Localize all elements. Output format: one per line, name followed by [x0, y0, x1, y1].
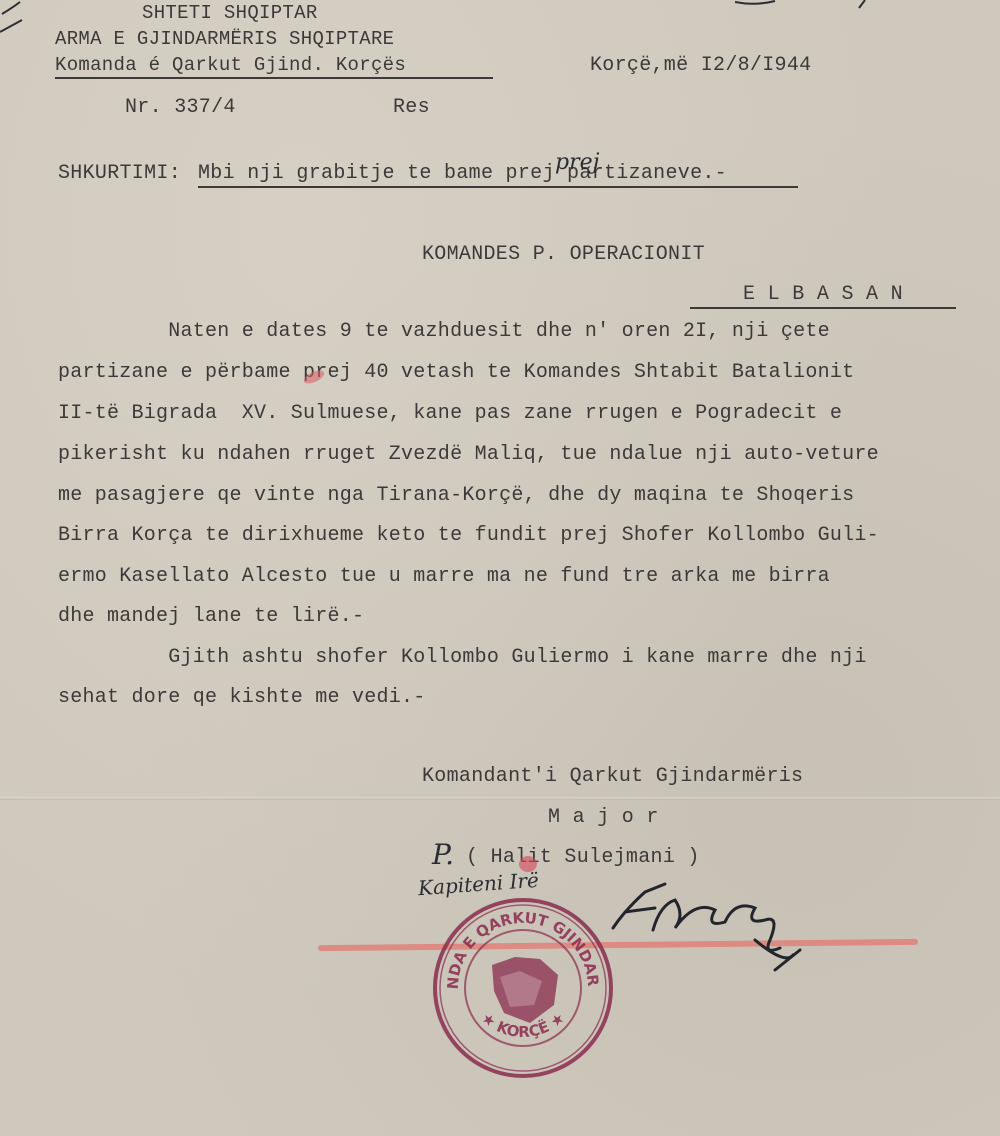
paper-fold	[0, 797, 1000, 800]
addressee-city: E L B A S A N	[690, 283, 956, 309]
body-line: Naten e dates 9 te vazhduesit dhe n' ore…	[58, 320, 830, 343]
subject-handwritten-correction: prej	[555, 150, 599, 175]
red-smudge	[519, 856, 537, 872]
signatory-name: ( Halit Sulejmani )	[466, 846, 700, 869]
body-line: me pasagjere qe vinte nga Tirana-Korçë, …	[58, 484, 854, 507]
subject-text: Mbi nji grabitje te bame prej partizanev…	[198, 162, 798, 188]
top-handwriting-mark	[735, 0, 885, 12]
subject-label: SHKURTIMI:	[58, 162, 181, 185]
official-stamp-icon: KOMANDA E QARKUT GJINDARMËRIS ★ KORÇË ★	[430, 895, 616, 1081]
classification: Res	[393, 96, 430, 119]
body-line: II-të Bigrada XV. Sulmuese, kane pas zan…	[58, 402, 842, 425]
reference-number: Nr. 337/4	[125, 96, 236, 119]
body-line: sehat dore qe kishte me vedi.-	[58, 686, 426, 709]
body-line: Gjith ashtu shofer Kollombo Guliermo i k…	[58, 646, 867, 669]
document-page: SHTETI SHQIPTAR ARMA E GJINDARMËRIS SHQI…	[0, 0, 1000, 1136]
body-line: dhe mandej lane te lirë.-	[58, 605, 364, 628]
letterhead-command: Komanda é Qarkut Gjind. Korçës	[55, 54, 493, 79]
signatory-rank: M a j o r	[548, 806, 659, 829]
addressee-line1: KOMANDES P. OPERACIONIT	[422, 243, 705, 266]
body-line: pikerisht ku ndahen rruget Zvezdë Maliq,…	[58, 443, 879, 466]
signatory-title: Komandant'i Qarkut Gjindarmëris	[422, 765, 803, 788]
letterhead-state: SHTETI SHQIPTAR	[142, 2, 318, 24]
body-line: Birra Korça te dirixhueme keto te fundit…	[58, 524, 879, 547]
body-line: partizane e përbame prej 40 vetash te Ko…	[58, 361, 854, 384]
letterhead-arm: ARMA E GJINDARMËRIS SHQIPTARE	[55, 28, 394, 50]
place-date: Korçë,më I2/8/I944	[590, 54, 811, 77]
body-line: ermo Kasellato Alcesto tue u marre ma ne…	[58, 565, 830, 588]
handwritten-signature-icon	[605, 870, 805, 980]
per-mark: P.	[432, 838, 454, 871]
